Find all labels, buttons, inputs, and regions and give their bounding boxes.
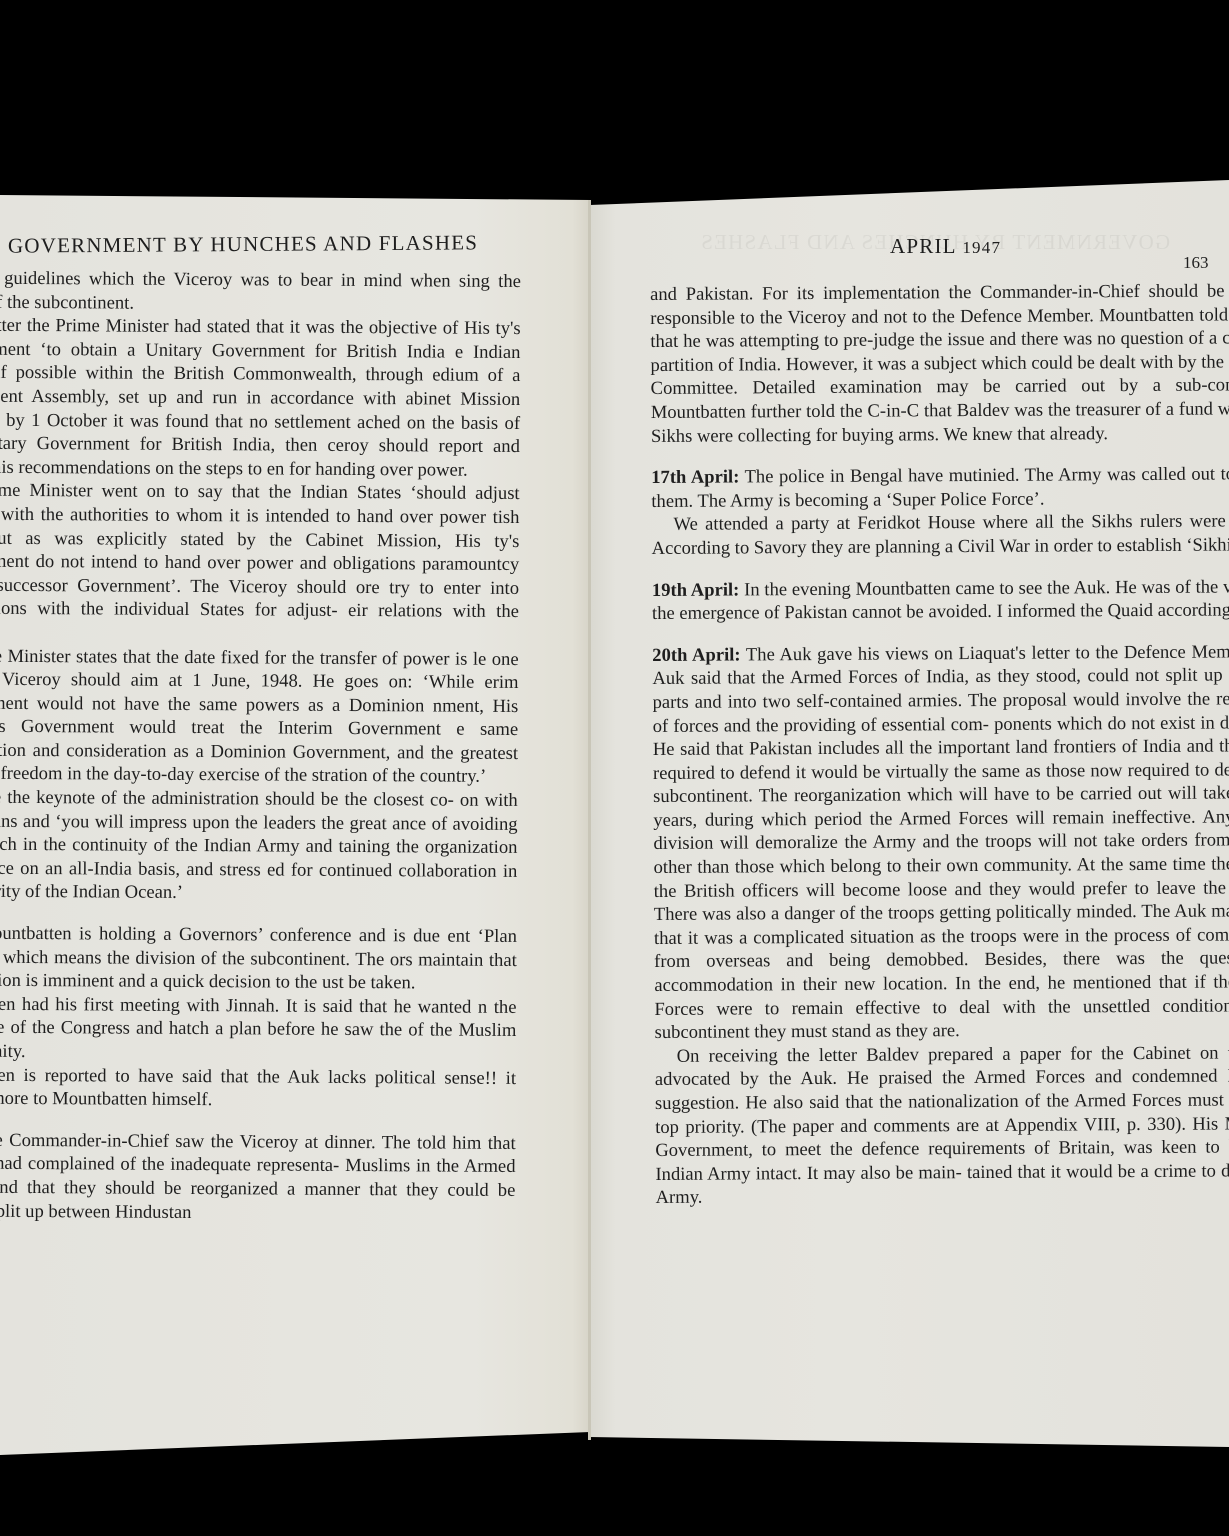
paragraph-text: On receiving the letter Baldev prepared … [655,1042,1229,1208]
right-page-body: and Pakistan. For its implementation the… [650,279,1229,1210]
diary-entry: 19th April: In the evening Mountbatten c… [652,575,1229,626]
paragraph: and Pakistan. For its implementation the… [650,279,1229,448]
diary-entry: 17th April: The police in Bengal have mu… [651,462,1229,513]
paragraph-text: Prime Minister states that the date fixe… [0,645,519,787]
page-number: 163 [1183,253,1209,273]
paragraph-text: Mountbatten is holding a Governors’ conf… [0,923,517,994]
paragraph-text: he letter the Prime Minister had stated … [0,315,521,481]
paragraph-text: The Auk gave his views on Liaquat's lett… [652,641,1229,1043]
paragraph-text: ned the guidelines which the Viceroy was… [0,267,521,313]
paragraph-text: ntbatten is reported to have said that t… [0,1064,516,1110]
paragraph: e Prime Minister went on to say that the… [0,479,520,648]
entry-date: 19th April: [652,579,740,601]
entry-date: 17th April: [651,467,739,489]
left-page-body: ned the guidelines which the Viceroy was… [0,266,521,1226]
paragraph: On receiving the letter Baldev prepared … [655,1041,1229,1210]
diary-entry: pril: The Commander-in-Chief saw the Vic… [0,1128,516,1226]
paragraph-text: e Prime Minister went on to say that the… [0,480,520,643]
paragraph-text: and Pakistan. For its implementation the… [650,280,1229,446]
running-head-year: 1947 [962,238,1001,257]
right-running-head: APRIL 1947 [890,234,1001,259]
paragraph: refore the keynote of the administration… [0,785,518,907]
book-spread-photo: GOVERNMENT BY HUNCHES AND FLASHES ned th… [0,0,1229,1536]
paragraph-text: We attended a party at Feridkot House wh… [652,510,1229,559]
diary-entry: pril: Mountbatten is holding a Governors… [0,921,517,995]
paragraph-text: In the evening Mountbatten came to see t… [652,576,1229,625]
left-running-head: GOVERNMENT BY HUNCHES AND FLASHES [8,230,478,258]
right-page: GOVERNMENT BY HUNCHES AND FLASHES APRIL … [590,0,1229,1536]
book-gutter [588,200,591,1440]
paragraph: ntbatten is reported to have said that t… [0,1063,516,1114]
paragraph: We attended a party at Feridkot House wh… [651,509,1229,560]
paragraph: Prime Minister states that the date fixe… [0,644,519,789]
entry-date: 20th April: [652,644,740,666]
paragraph: he letter the Prime Minister had stated … [0,314,521,483]
paragraph-text: ntbatten had his first meeting with Jinn… [0,993,517,1062]
paragraph-text: refore the keynote of the administration… [0,787,518,904]
running-head-month: APRIL [890,234,956,258]
left-page: GOVERNMENT BY HUNCHES AND FLASHES ned th… [0,0,590,1536]
paragraph-text: The Commander-in-Chief saw the Viceroy a… [0,1129,516,1222]
paragraph: ned the guidelines which the Viceroy was… [0,266,521,317]
paragraph: ntbatten had his first meeting with Jinn… [0,992,517,1066]
diary-entry: 20th April: The Auk gave his views on Li… [652,640,1229,1045]
